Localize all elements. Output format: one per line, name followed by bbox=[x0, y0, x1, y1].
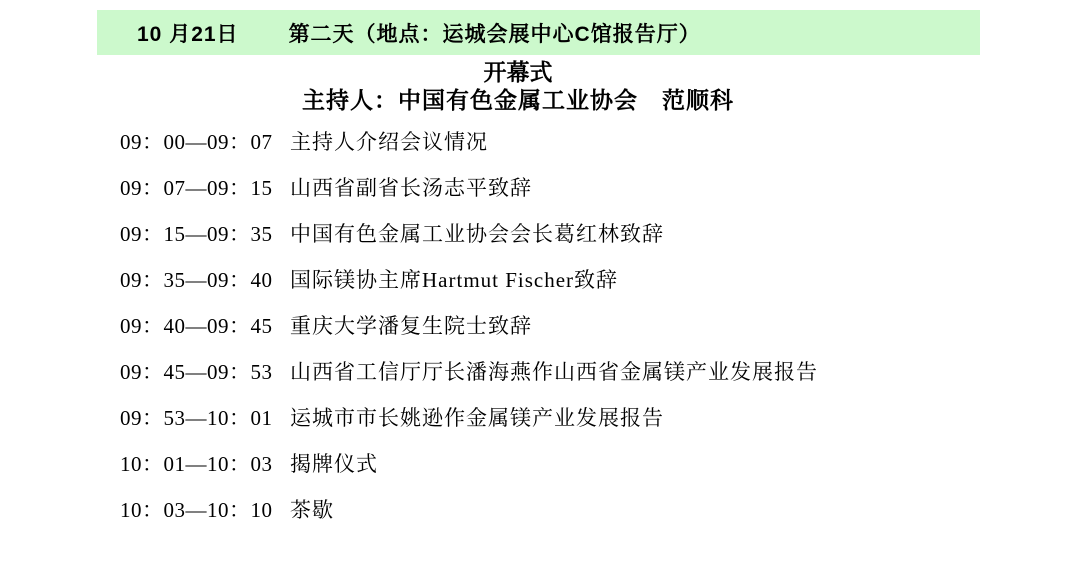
title-block: 开幕式 主持人：中国有色金属工业协会 范顺科 bbox=[0, 58, 1036, 114]
schedule-time: 09：00—09：07 bbox=[120, 126, 290, 156]
schedule-event: 中国有色金属工业协会会长葛红林致辞 bbox=[290, 218, 664, 248]
schedule-row: 10：03—10：10 茶歇 bbox=[120, 486, 1040, 532]
header-date: 10 月21日 bbox=[137, 18, 239, 48]
schedule-event: 主持人介绍会议情况 bbox=[290, 126, 488, 156]
schedule-list: 09：00—09：07 主持人介绍会议情况 09：07—09：15 山西省副省长… bbox=[120, 118, 1040, 532]
schedule-event: 国际镁协主席Hartmut Fischer致辞 bbox=[290, 264, 618, 294]
schedule-event: 山西省副省长汤志平致辞 bbox=[290, 172, 532, 202]
schedule-time: 10：01—10：03 bbox=[120, 448, 290, 478]
schedule-time: 09：35—09：40 bbox=[120, 264, 290, 294]
host-line: 主持人：中国有色金属工业协会 范顺科 bbox=[0, 86, 1036, 114]
schedule-time: 09：07—09：15 bbox=[120, 172, 290, 202]
schedule-row: 09：15—09：35 中国有色金属工业协会会长葛红林致辞 bbox=[120, 210, 1040, 256]
schedule-event: 重庆大学潘复生院士致辞 bbox=[290, 310, 532, 340]
schedule-row: 09：07—09：15 山西省副省长汤志平致辞 bbox=[120, 164, 1040, 210]
schedule-event: 运城市市长姚逊作金属镁产业发展报告 bbox=[290, 402, 664, 432]
schedule-time: 09：40—09：45 bbox=[120, 310, 290, 340]
schedule-event: 茶歇 bbox=[290, 494, 334, 524]
schedule-row: 09：40—09：45 重庆大学潘复生院士致辞 bbox=[120, 302, 1040, 348]
schedule-event: 揭牌仪式 bbox=[290, 448, 378, 478]
schedule-time: 09：53—10：01 bbox=[120, 402, 290, 432]
page-title: 开幕式 bbox=[0, 58, 1036, 86]
schedule-row: 09：53—10：01 运城市市长姚逊作金属镁产业发展报告 bbox=[120, 394, 1040, 440]
schedule-event: 山西省工信厅厅长潘海燕作山西省金属镁产业发展报告 bbox=[290, 356, 818, 386]
schedule-row: 09：00—09：07 主持人介绍会议情况 bbox=[120, 118, 1040, 164]
agenda-page: 10 月21日 第二天（地点：运城会展中心C馆报告厅） 开幕式 主持人：中国有色… bbox=[0, 0, 1080, 568]
schedule-time: 09：15—09：35 bbox=[120, 218, 290, 248]
header-bar: 10 月21日 第二天（地点：运城会展中心C馆报告厅） bbox=[97, 10, 980, 55]
header-session: 第二天（地点：运城会展中心C馆报告厅） bbox=[289, 18, 701, 48]
schedule-time: 10：03—10：10 bbox=[120, 494, 290, 524]
schedule-row: 09：45—09：53 山西省工信厅厅长潘海燕作山西省金属镁产业发展报告 bbox=[120, 348, 1040, 394]
schedule-row: 10：01—10：03 揭牌仪式 bbox=[120, 440, 1040, 486]
schedule-row: 09：35—09：40 国际镁协主席Hartmut Fischer致辞 bbox=[120, 256, 1040, 302]
schedule-time: 09：45—09：53 bbox=[120, 356, 290, 386]
